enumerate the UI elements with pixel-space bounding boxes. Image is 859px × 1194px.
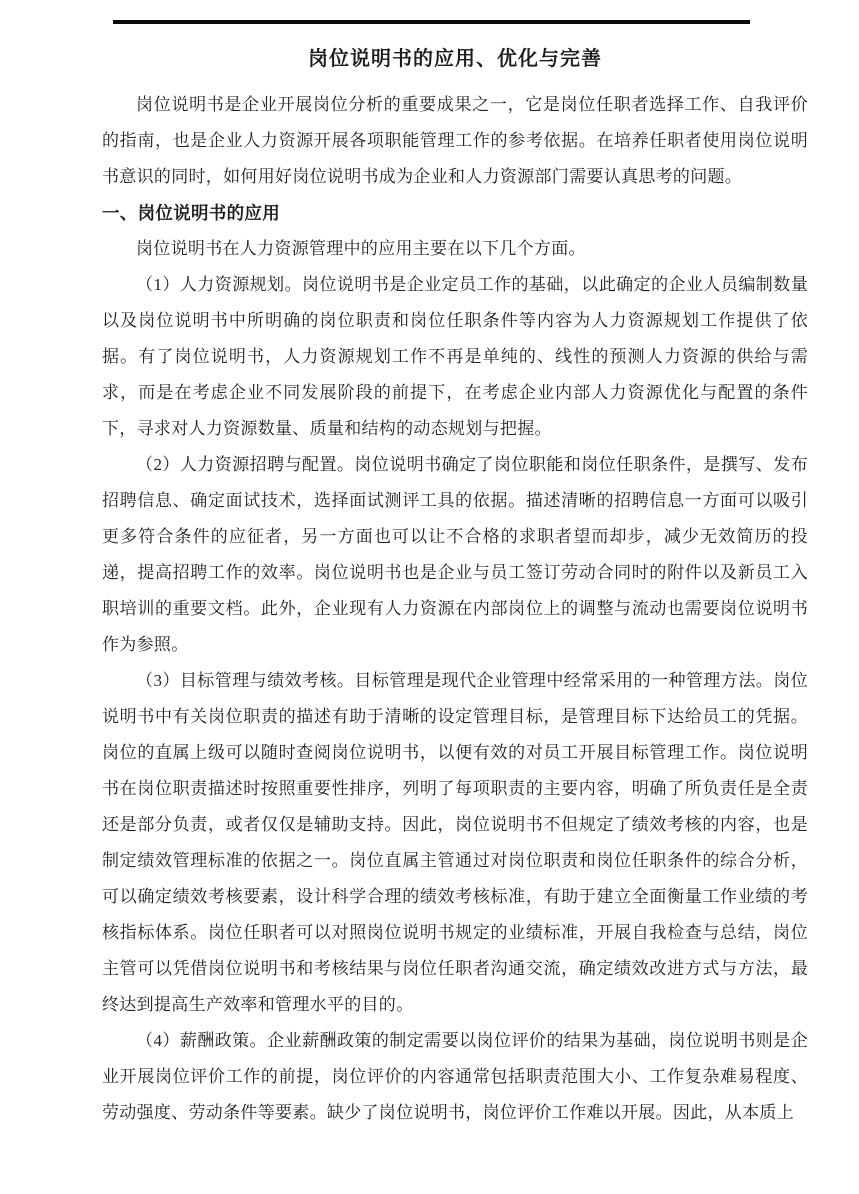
paragraph-overview: 岗位说明书在人力资源管理中的应用主要在以下几个方面。 — [102, 231, 808, 267]
document-title: 岗位说明书的应用、优化与完善 — [102, 44, 808, 74]
section-heading-application: 一、岗位说明书的应用 — [102, 195, 808, 231]
paragraph-item-3-performance: （3）目标管理与绩效考核。目标管理是现代企业管理中经常采用的一种管理方法。岗位说… — [102, 663, 808, 1023]
paragraph-item-4-compensation: （4）薪酬政策。企业薪酬政策的制定需要以岗位评价的结果为基础，岗位说明书则是企业… — [102, 1023, 808, 1131]
paragraph-intro: 岗位说明书是企业开展岗位分析的重要成果之一，它是岗位任职者选择工作、自我评价的指… — [102, 87, 808, 195]
document-content: 岗位说明书的应用、优化与完善 岗位说明书是企业开展岗位分析的重要成果之一，它是岗… — [102, 44, 808, 1131]
paragraph-item-1-hr-planning: （1）人力资源规划。岗位说明书是企业定员工作的基础，以此确定的企业人员编制数量以… — [102, 267, 808, 447]
paragraph-item-2-recruitment: （2）人力资源招聘与配置。岗位说明书确定了岗位职能和岗位任职条件，是撰写、发布招… — [102, 447, 808, 663]
header-rule — [113, 20, 750, 24]
document-page: 岗位说明书的应用、优化与完善 岗位说明书是企业开展岗位分析的重要成果之一，它是岗… — [0, 0, 859, 1194]
